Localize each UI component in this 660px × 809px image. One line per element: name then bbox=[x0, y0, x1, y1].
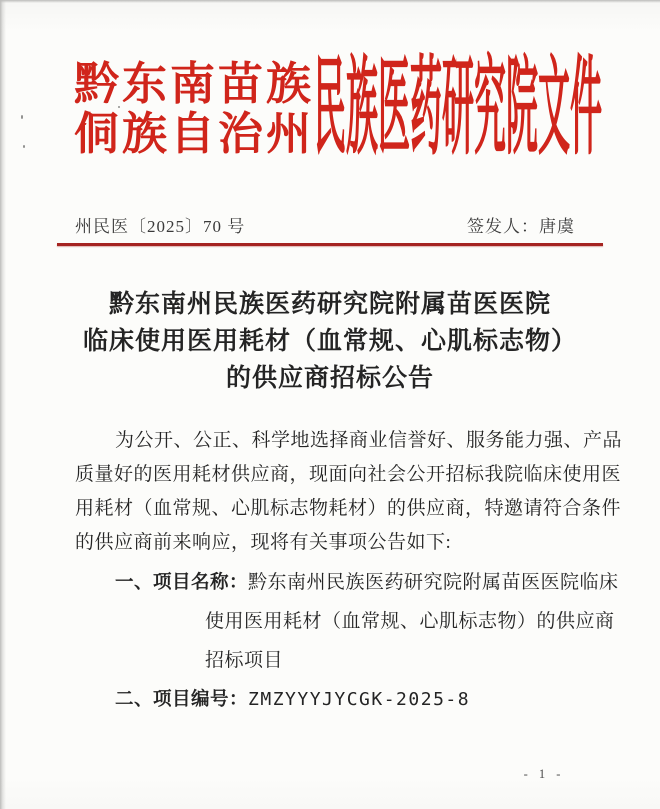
paragraph-line: 为公开、公正、科学地选择商业信誉好、服务能力强、产品 bbox=[75, 424, 605, 458]
item2-line: 二、项目编号：ZMZYYYJYCGK-2025-8 bbox=[75, 680, 605, 719]
item2-project-code: ZMZYYYJYCGK-2025-8 bbox=[248, 689, 470, 710]
page-number: - 1 - bbox=[489, 767, 599, 782]
org-name-right-block: 民族医药研究院文件 bbox=[314, 55, 602, 163]
title-line-2: 临床使用医用耗材（血常规、心肌标志物） bbox=[30, 323, 630, 360]
item1-label: 一、项目名称： bbox=[115, 572, 248, 593]
scan-edge-top-shadow bbox=[0, 0, 660, 3]
document-meta-row: 州民医〔2025〕70 号 签发人：唐虞 bbox=[75, 215, 585, 239]
org-name-left-block: 黔东南苗族 侗族自治州 bbox=[74, 59, 314, 159]
scanned-document-page: 黔东南苗族 侗族自治州 民族医药研究院文件 州民医〔2025〕70 号 签发人：… bbox=[0, 0, 660, 809]
org-name-line1: 黔东南苗族 bbox=[74, 59, 314, 109]
scan-edge-left-shadow bbox=[0, 0, 6, 809]
item2-label: 二、项目编号： bbox=[115, 689, 248, 710]
document-body: 为公开、公正、科学地选择商业信誉好、服务能力强、产品 质量好的医用耗材供应商，现… bbox=[75, 424, 605, 719]
signer-name: 签发人：唐虞 bbox=[467, 215, 575, 239]
paragraph-line: 用耗材（血常规、心肌标志物耗材）的供应商，特邀请符合条件 bbox=[75, 492, 605, 526]
item1-text: 黔东南州民族医药研究院附属苗医医院临床 bbox=[248, 572, 619, 593]
scan-speck bbox=[23, 145, 25, 148]
title-line-3: 的供应商招标公告 bbox=[30, 360, 630, 397]
org-name-line2: 侗族自治州 bbox=[74, 109, 314, 159]
item1-line-1: 一、项目名称：黔东南州民族医药研究院附属苗医医院临床 bbox=[75, 563, 605, 602]
paragraph-line: 质量好的医用耗材供应商，现面向社会公开招标我院临床使用医 bbox=[75, 458, 605, 492]
scan-speck bbox=[21, 115, 23, 119]
paragraph-line: 的供应商前来响应，现将有关事项公告如下: bbox=[75, 526, 605, 560]
item1-line-3: 招标项目 bbox=[75, 641, 605, 680]
document-number: 州民医〔2025〕70 号 bbox=[75, 215, 245, 239]
item1-line-2: 使用医用耗材（血常规、心肌标志物）的供应商 bbox=[75, 602, 605, 641]
title-line-1: 黔东南州民族医药研究院附属苗医医院 bbox=[30, 286, 630, 323]
red-divider-rule bbox=[57, 243, 603, 246]
numbered-items: 一、项目名称：黔东南州民族医药研究院附属苗医医院临床 使用医用耗材（血常规、心肌… bbox=[75, 563, 605, 719]
document-title: 黔东南州民族医药研究院附属苗医医院 临床使用医用耗材（血常规、心肌标志物） 的供… bbox=[30, 286, 630, 397]
